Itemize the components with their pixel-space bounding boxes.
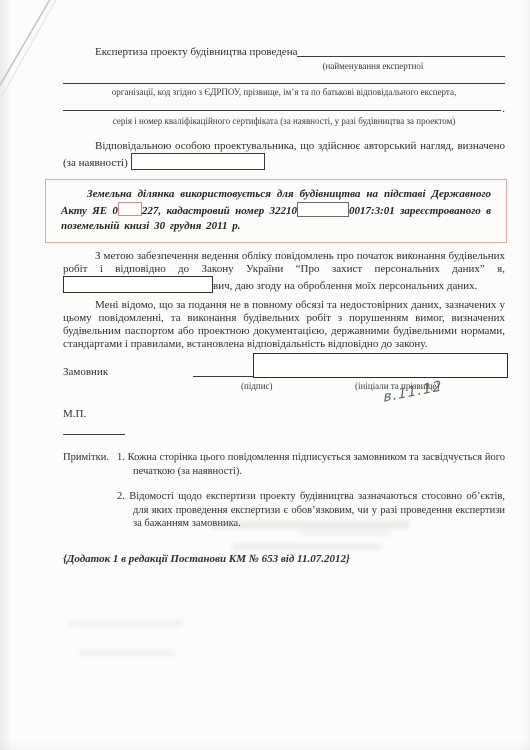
amendment-reference: {Додаток 1 в редакції Постанови КМ № 653… [63,553,505,566]
note-item-2: 2. Відомості щодо експертизи проекту буд… [117,490,505,531]
scanned-document-page: Експертиза проекту будівництва проведена… [0,0,530,750]
expertise-line: Експертиза проекту будівництва проведена [63,46,505,59]
note-item-1: 1. Кожна сторінка цього повідомлення під… [117,451,505,478]
consent-paragraph: З метою забезпечення ведення обліку пові… [63,250,505,293]
redaction-box [118,202,142,216]
redaction-box [253,353,508,378]
blank-underline-row: . [63,105,505,113]
designer-text: Відповідальною особою проектувальника, щ… [63,140,505,169]
liability-text: Мені відомо, що за подання не в повному … [63,299,505,350]
notes-block: Примітки. 1. Кожна сторінка цього повідо… [63,451,505,543]
land-text-part2: 227, кадастровий номер 32210 [142,205,297,217]
stamp-placeholder: М.П. [63,408,505,421]
blank-underline [63,110,501,111]
expertise-caption-3: серія і номер кваліфікаційного сертифіка… [63,116,505,126]
land-plot-highlight-box: Земельна ділянка використовується для бу… [45,179,507,243]
notes-label: Примітки. [63,451,113,543]
designer-paragraph: Відповідальною особою проектувальника, щ… [63,140,505,170]
signature-caption: (підпис) [241,380,273,393]
document-content: Експертиза проекту будівництва проведена… [0,0,530,750]
notes-body: 1. Кожна сторінка цього повідомлення під… [117,451,505,543]
consent-text-before: З метою забезпечення ведення обліку пові… [63,250,505,275]
expertise-caption-1: (найменування експертної [263,61,483,71]
blank-underline [63,83,505,84]
expertise-caption-2: організації, код згідно з ЄДРПОУ, прізви… [63,87,505,97]
redaction-box [131,153,265,170]
redaction-box [63,276,213,293]
trailing-period: . [501,105,505,113]
land-plot-paragraph: Земельна ділянка використовується для бу… [61,187,491,234]
blank-underline [297,56,505,57]
signature-block: Замовник (підпис) (ініціали та прізвище)… [63,360,505,406]
redaction-box [297,202,349,217]
consent-text-after: вич, даю згоду на оброблення моїх персон… [213,280,477,292]
footnote-divider [63,434,125,435]
liability-paragraph: Мені відомо, що за подання не в повному … [63,299,505,351]
expertise-lead-text: Експертиза проекту будівництва проведена [63,46,297,59]
customer-label: Замовник [63,366,108,379]
